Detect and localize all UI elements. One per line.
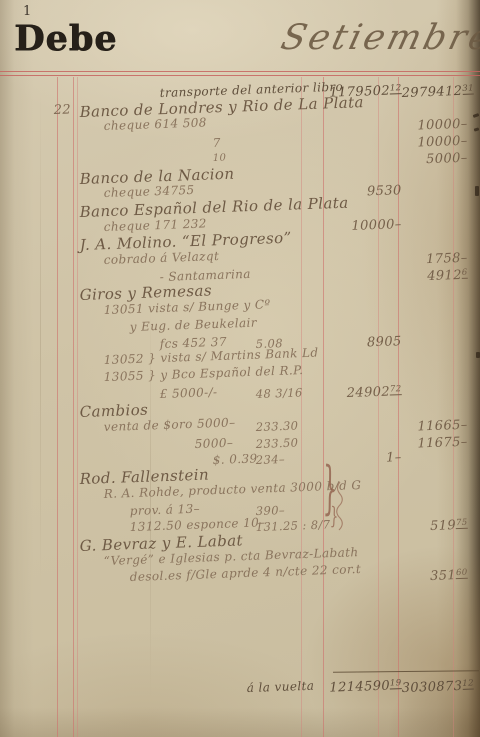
ledger-row: - Santamarina49126	[0, 270, 480, 287]
amount-column-2: 297941231	[401, 84, 467, 101]
amount-column-2: 10000–	[401, 117, 467, 134]
entry-description: £ 5000-/-	[160, 385, 218, 401]
entry-rate: 233.50	[256, 435, 299, 450]
ledger-row: 105000–	[0, 153, 480, 170]
entry-description: á la vuelta	[247, 678, 315, 694]
entry-rate: 131.25 : 8/7	[256, 518, 331, 535]
ledger-row: $. 0.39234–1–	[0, 453, 480, 470]
entry-description: $. 0.39	[213, 452, 258, 468]
amount-column-2: 51975	[401, 518, 467, 535]
ledger-row: desol.es f/Gle aprde 4 n/cte 22 cor.t351…	[0, 570, 480, 587]
entry-date: 22	[53, 102, 71, 118]
ledger-row: venta de $oro 5000–233.3011665–	[0, 420, 480, 437]
ledger-row: 710000–	[0, 136, 480, 153]
amount-column-2: 5000–	[401, 151, 467, 168]
entry-description: cheque 171 232	[104, 216, 208, 234]
header-rule-top	[0, 71, 480, 72]
page-number: 1	[23, 4, 31, 19]
amount-column-2: 303087312	[401, 678, 467, 695]
ledger-row: 22Banco de Londres y Rio de La Plata	[0, 103, 480, 120]
entry-description: 10	[213, 152, 227, 163]
entry-description: 5000–	[195, 435, 234, 450]
entry-description: 7	[213, 136, 222, 150]
debit-title: Debe	[14, 18, 117, 59]
ledger-row: y Eug. de Beukelair	[0, 320, 480, 337]
amount-column-1: 10000–	[319, 217, 401, 235]
amount-column-2: 35160	[401, 568, 467, 585]
entry-rate: 48 3/16	[256, 385, 303, 401]
ledger-row: £ 5000-/-48 3/162490272	[0, 387, 480, 404]
amount-column-2: 10000–	[401, 134, 467, 151]
margin-squiggle	[334, 480, 346, 532]
header-rule-bottom	[0, 75, 480, 76]
ledger-row: á la vuelta121459019303087312	[0, 681, 480, 698]
month-title: Setiembre	[277, 18, 480, 58]
ledger-row: Cambios	[0, 403, 480, 420]
entry-description: cheque 34755	[104, 183, 195, 200]
amount-column-2: 1758–	[401, 251, 467, 268]
ledger-row: cheque 614 50810000–	[0, 119, 480, 136]
entry-description: cheque 614 508	[104, 116, 208, 134]
entry-rate: 234–	[256, 452, 286, 467]
page-edge-mark	[476, 352, 480, 358]
amount-column-1: 8905	[319, 334, 401, 352]
page-edge-mark	[475, 186, 479, 196]
amount-column-2: 11665–	[401, 418, 467, 435]
entry-description: cobrado á Velazqt	[104, 249, 220, 267]
entry-description: prov. á 13–	[130, 501, 201, 517]
ledger-row: Banco Español del Rio de la Plata	[0, 203, 480, 220]
amount-column-1: 121459019	[319, 678, 401, 696]
amount-column-1: 2490272	[319, 384, 401, 402]
amount-column-2: 49126	[401, 267, 467, 284]
ledger-row: Banco de la Nacion	[0, 170, 480, 187]
ledger-row: R. A. Rohde, producto venta 3000 b/d G	[0, 487, 480, 504]
amount-column-2: 11675–	[401, 434, 467, 451]
entry-rate: 233.30	[256, 419, 299, 434]
ledger-row: 13055 } y Bco Español del R.P.	[0, 370, 480, 387]
ledger-row: J. A. Molino. “El Progreso”	[0, 236, 480, 253]
